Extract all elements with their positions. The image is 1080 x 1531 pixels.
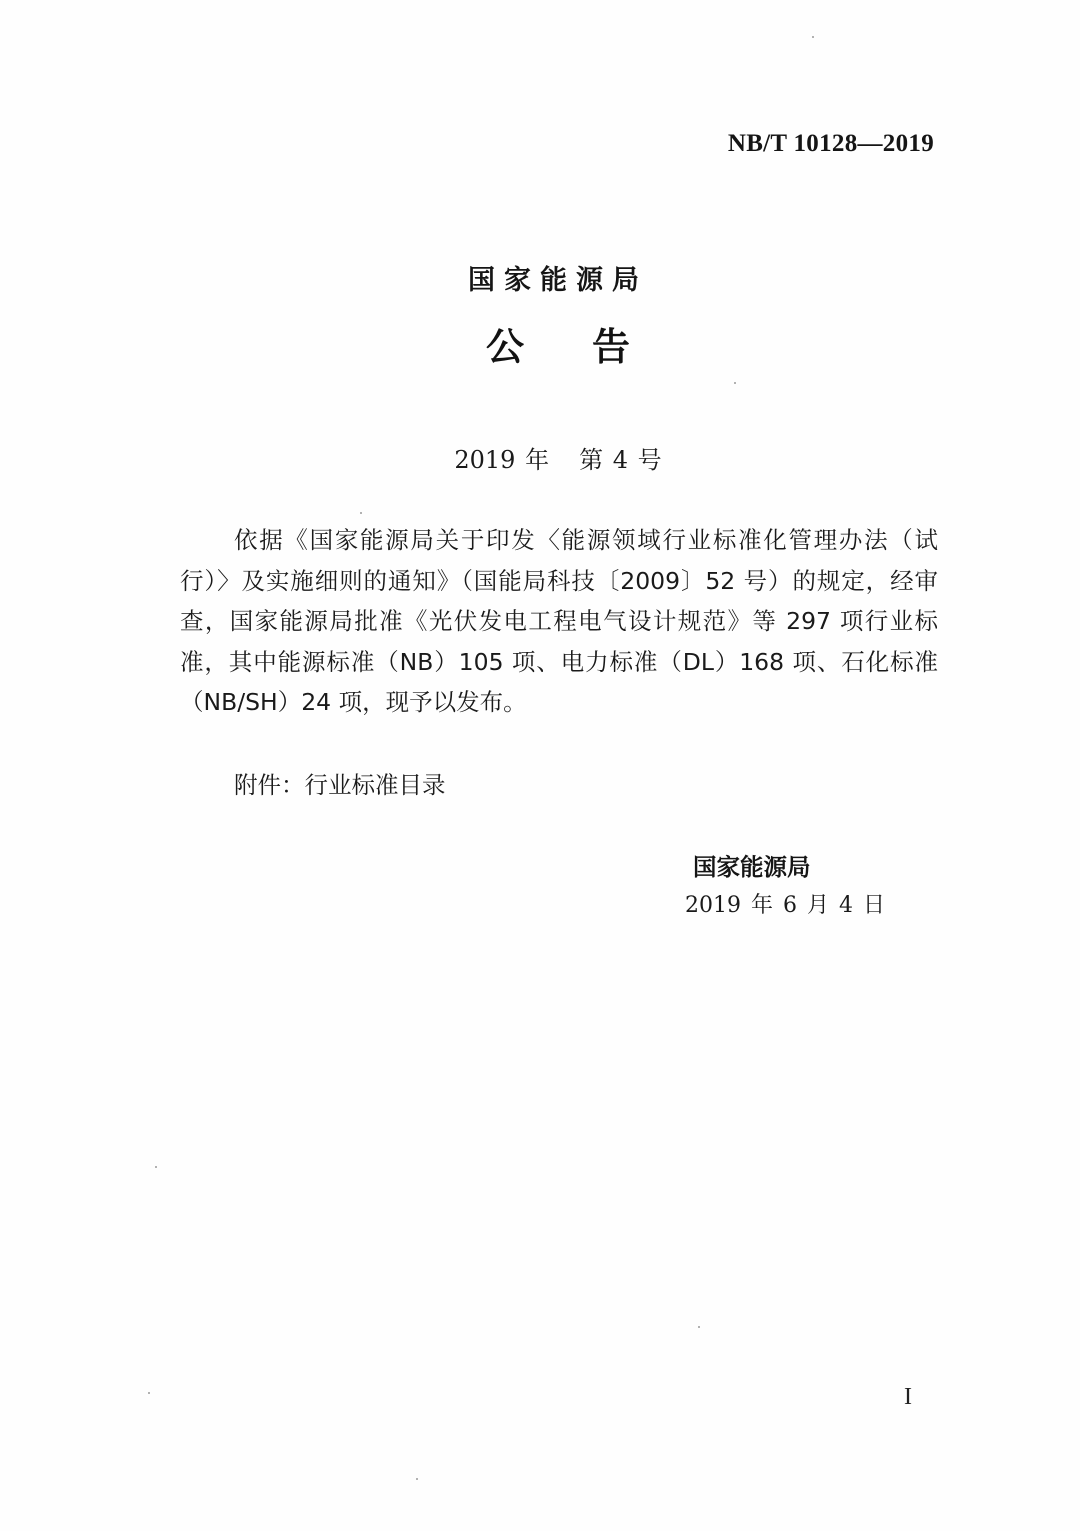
issue-year: 2019 年 bbox=[454, 446, 549, 474]
agency-title: 国家能源局 bbox=[0, 258, 1080, 297]
notice-title-char: 公 bbox=[486, 316, 524, 371]
attachment-line: 附件：行业标准目录 bbox=[234, 766, 446, 800]
scan-speck bbox=[698, 1326, 700, 1328]
notice-title: 公告 bbox=[0, 316, 1080, 371]
page-number: I bbox=[904, 1384, 912, 1411]
scan-speck bbox=[360, 512, 362, 514]
scan-speck bbox=[155, 1166, 157, 1168]
scan-speck bbox=[148, 1392, 150, 1394]
issuer-signature: 国家能源局 bbox=[693, 848, 811, 882]
scan-speck bbox=[416, 1478, 418, 1480]
issue-number: 2019 年第 4 号 bbox=[0, 440, 1080, 475]
scan-speck bbox=[734, 382, 736, 384]
document-page: NB/T 10128—2019 国家能源局 公告 2019 年第 4 号 依据《… bbox=[0, 0, 1080, 1531]
notice-body-paragraph: 依据《国家能源局关于印发〈能源领域行业标准化管理办法（试行）〉及实施细则的通知》… bbox=[180, 520, 938, 723]
scan-speck bbox=[812, 36, 814, 38]
issue-sequence: 第 4 号 bbox=[579, 446, 662, 474]
issue-date: 2019 年 6 月 4 日 bbox=[685, 888, 885, 919]
notice-title-char: 告 bbox=[592, 316, 630, 371]
standard-code: NB/T 10128—2019 bbox=[728, 130, 934, 158]
